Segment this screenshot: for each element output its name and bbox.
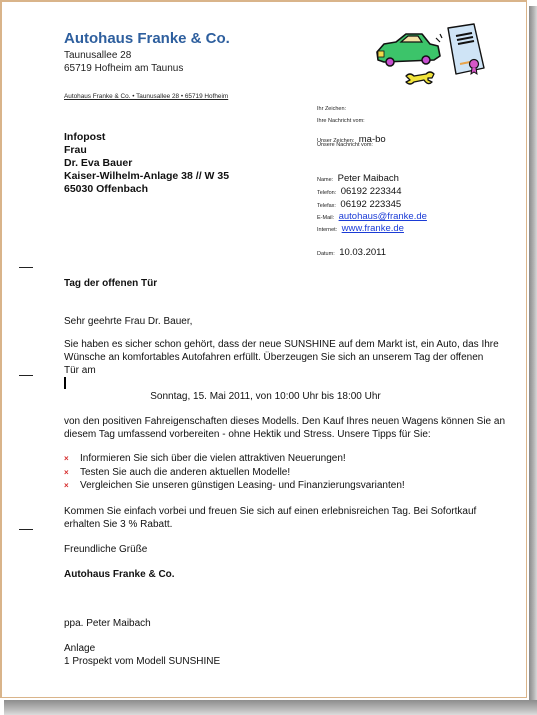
datum-value: 10.03.2011: [339, 247, 386, 258]
car-wrench-certificate-clipart: [374, 22, 490, 92]
recipient-line-4: Kaiser-Wilhelm-Anlage 38 // W 35: [64, 170, 229, 182]
letter-salutation: Sehr geehrte Frau Dr. Bauer,: [64, 315, 192, 328]
bullet-item-3: ×Vergleichen Sie unseren günstigen Leasi…: [64, 479, 405, 492]
fold-mark-bottom: [19, 529, 33, 530]
ihre-nachricht-label: Ihre Nachricht vom:: [317, 118, 365, 124]
paragraph-1-line-3: Tür am: [64, 364, 96, 377]
contact-datum-row: Datum: 10.03.2011: [317, 242, 386, 260]
contact-internet-row: Internet: www.franke.de: [317, 218, 404, 236]
x-bullet-icon: ×: [64, 466, 80, 479]
recipient-line-2: Frau: [64, 144, 87, 156]
paragraph-3-line-2: erhalten Sie 3 % Rabatt.: [64, 518, 172, 531]
unsere-nachricht-label: Unsere Nachricht vom:: [317, 142, 373, 148]
punch-mark: [19, 375, 33, 376]
bullet-text: Vergleichen Sie unseren günstigen Leasin…: [80, 480, 405, 491]
paragraph-2-line-1: von den positiven Fahreigenschaften dies…: [64, 415, 505, 428]
bullet-item-2: ×Testen Sie auch die anderen aktuellen M…: [64, 466, 290, 479]
page-shadow-right: [529, 6, 537, 715]
document-page: Autohaus Franke & Co. Taunusallee 28 657…: [0, 0, 527, 698]
recipient-line-5: 65030 Offenbach: [64, 183, 148, 195]
x-bullet-icon: ×: [64, 452, 80, 465]
recipient-line-1: Infopost: [64, 131, 105, 143]
closing-company: Autohaus Franke & Co.: [64, 568, 175, 581]
text-cursor: [64, 377, 66, 389]
paragraph-1-line-1: Sie haben es sicher schon gehört, dass d…: [64, 338, 499, 351]
bullet-item-1: ×Informieren Sie sich über die vielen at…: [64, 452, 346, 465]
internet-label: Internet:: [317, 227, 337, 233]
wrench-icon: [406, 72, 434, 84]
x-bullet-icon: ×: [64, 479, 80, 492]
closing-greeting: Freundliche Grüße: [64, 543, 147, 556]
ihr-zeichen-label: Ihr Zeichen:: [317, 106, 346, 112]
signature-line: ppa. Peter Maibach: [64, 617, 151, 630]
car-icon: [377, 34, 442, 66]
datum-label: Datum:: [317, 251, 335, 257]
attachment-label: Anlage: [64, 642, 95, 655]
website-link[interactable]: www.franke.de: [342, 223, 404, 234]
certificate-icon: [448, 24, 484, 74]
event-date-line: Sonntag, 15. Mai 2011, von 10:00 Uhr bis…: [2, 390, 529, 403]
page-shadow-bottom: [4, 700, 537, 715]
bullet-text: Informieren Sie sich über die vielen att…: [80, 453, 346, 464]
paragraph-3-line-1: Kommen Sie einfach vorbei und freuen Sie…: [64, 505, 476, 518]
company-city: 65719 Hofheim am Taunus: [64, 63, 183, 74]
attachment-item: 1 Prospekt vom Modell SUNSHINE: [64, 655, 220, 668]
bullet-text: Testen Sie auch die anderen aktuellen Mo…: [80, 467, 290, 478]
recipient-line-3: Dr. Eva Bauer: [64, 157, 132, 169]
sender-return-line: Autohaus Franke & Co. • Taunusallee 28 •…: [64, 93, 228, 100]
letter-subject: Tag der offenen Tür: [64, 277, 157, 290]
paragraph-2-line-2: diesem Tag umfassend vorbereiten - ohne …: [64, 428, 431, 441]
company-street: Taunusallee 28: [64, 50, 131, 61]
fold-mark-top: [19, 267, 33, 268]
company-name: Autohaus Franke & Co.: [64, 30, 230, 47]
paragraph-1-line-2: Wünsche an komfortables Autofahren erfül…: [64, 351, 483, 364]
